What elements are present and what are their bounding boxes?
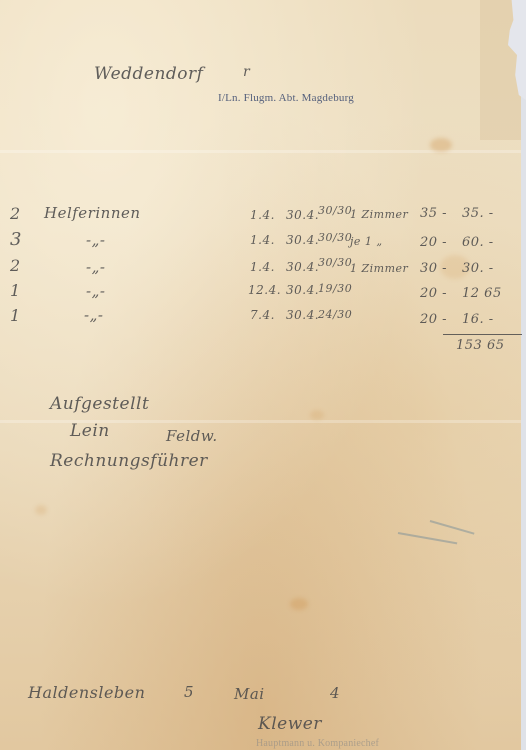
table-row: 1 -„- 12.4. 30.4. 19/30 20 - 12 65 bbox=[0, 281, 526, 303]
location-heading: Weddendorf bbox=[94, 64, 203, 84]
room-cell: je 1 „ bbox=[350, 235, 383, 248]
unit-stamp: I/Ln. Flugm. Abt. Magdeburg bbox=[218, 92, 354, 104]
room-cell: 1 Zimmer bbox=[350, 208, 408, 221]
days-fraction-cell: 30/30 bbox=[318, 204, 352, 217]
footer-year: 4 bbox=[330, 684, 340, 702]
stain bbox=[430, 138, 452, 152]
from-date-cell: 7.4. bbox=[250, 308, 275, 322]
footer-month: Mai bbox=[234, 685, 265, 703]
header-mark: r bbox=[243, 64, 250, 80]
amount-cell: 60. - bbox=[462, 235, 494, 250]
role-cell: -„- bbox=[86, 282, 105, 300]
from-date-cell: 1.4. bbox=[250, 260, 275, 274]
days-fraction-cell: 30/30 bbox=[318, 256, 352, 269]
rate-cell: 20 - bbox=[420, 312, 447, 327]
stain bbox=[35, 505, 47, 515]
to-date-cell: 30.4. bbox=[286, 283, 319, 297]
role-cell: -„- bbox=[86, 258, 105, 276]
table-row: 2 -„- 1.4. 30.4. 30/30 1 Zimmer 30 - 30.… bbox=[0, 256, 526, 278]
rate-cell: 20 - bbox=[420, 235, 447, 250]
room-cell: 1 Zimmer bbox=[350, 262, 408, 275]
signature-caption: Hauptmann u. Kompaniechef bbox=[256, 738, 379, 749]
from-date-cell: 1.4. bbox=[250, 208, 275, 222]
certification-name: Lein bbox=[70, 421, 110, 441]
from-date-cell: 1.4. bbox=[250, 233, 275, 247]
days-fraction-cell: 19/30 bbox=[318, 282, 352, 295]
table-row: 1 -„- 7.4. 30.4. 24/30 20 - 16. - bbox=[0, 306, 526, 328]
rate-cell: 20 - bbox=[420, 286, 447, 301]
total-cell: 153 65 bbox=[456, 338, 505, 353]
to-date-cell: 30.4. bbox=[286, 308, 319, 322]
scan-edge bbox=[521, 0, 526, 750]
stain bbox=[290, 598, 308, 610]
certification-line1: Aufgestellt bbox=[50, 394, 149, 414]
amount-cell: 16. - bbox=[462, 312, 494, 327]
amount-cell: 12 65 bbox=[462, 286, 502, 301]
signature: Klewer bbox=[258, 714, 322, 734]
paper-sheet bbox=[0, 0, 522, 750]
rate-cell: 30 - bbox=[420, 261, 447, 276]
to-date-cell: 30.4. bbox=[286, 260, 319, 274]
qty-cell: 1 bbox=[10, 306, 21, 325]
qty-cell: 1 bbox=[10, 281, 21, 300]
role-cell: -„- bbox=[84, 306, 103, 324]
role-cell: -„- bbox=[86, 231, 105, 249]
from-date-cell: 12.4. bbox=[248, 283, 281, 297]
amount-cell: 35. - bbox=[462, 206, 494, 221]
to-date-cell: 30.4. bbox=[286, 233, 319, 247]
role-cell: Helferinnen bbox=[44, 204, 141, 222]
certification-title: Rechnungsführer bbox=[50, 451, 208, 471]
to-date-cell: 30.4. bbox=[286, 208, 319, 222]
qty-cell: 3 bbox=[10, 229, 22, 250]
rate-cell: 35 - bbox=[420, 206, 447, 221]
amount-cell: 30. - bbox=[462, 261, 494, 276]
qty-cell: 2 bbox=[10, 204, 21, 223]
sum-rule bbox=[443, 334, 522, 335]
days-fraction-cell: 30/30 bbox=[318, 231, 352, 244]
footer-day: 5 bbox=[184, 683, 194, 701]
certification-rank: Feldw. bbox=[166, 427, 218, 445]
days-fraction-cell: 24/30 bbox=[318, 308, 352, 321]
stain bbox=[310, 410, 324, 420]
table-row: 3 -„- 1.4. 30.4. 30/30 je 1 „ 20 - 60. - bbox=[0, 229, 526, 251]
footer-place: Haldensleben bbox=[28, 683, 145, 702]
qty-cell: 2 bbox=[10, 256, 21, 275]
table-row: 2 Helferinnen 1.4. 30.4. 30/30 1 Zimmer … bbox=[0, 204, 526, 226]
